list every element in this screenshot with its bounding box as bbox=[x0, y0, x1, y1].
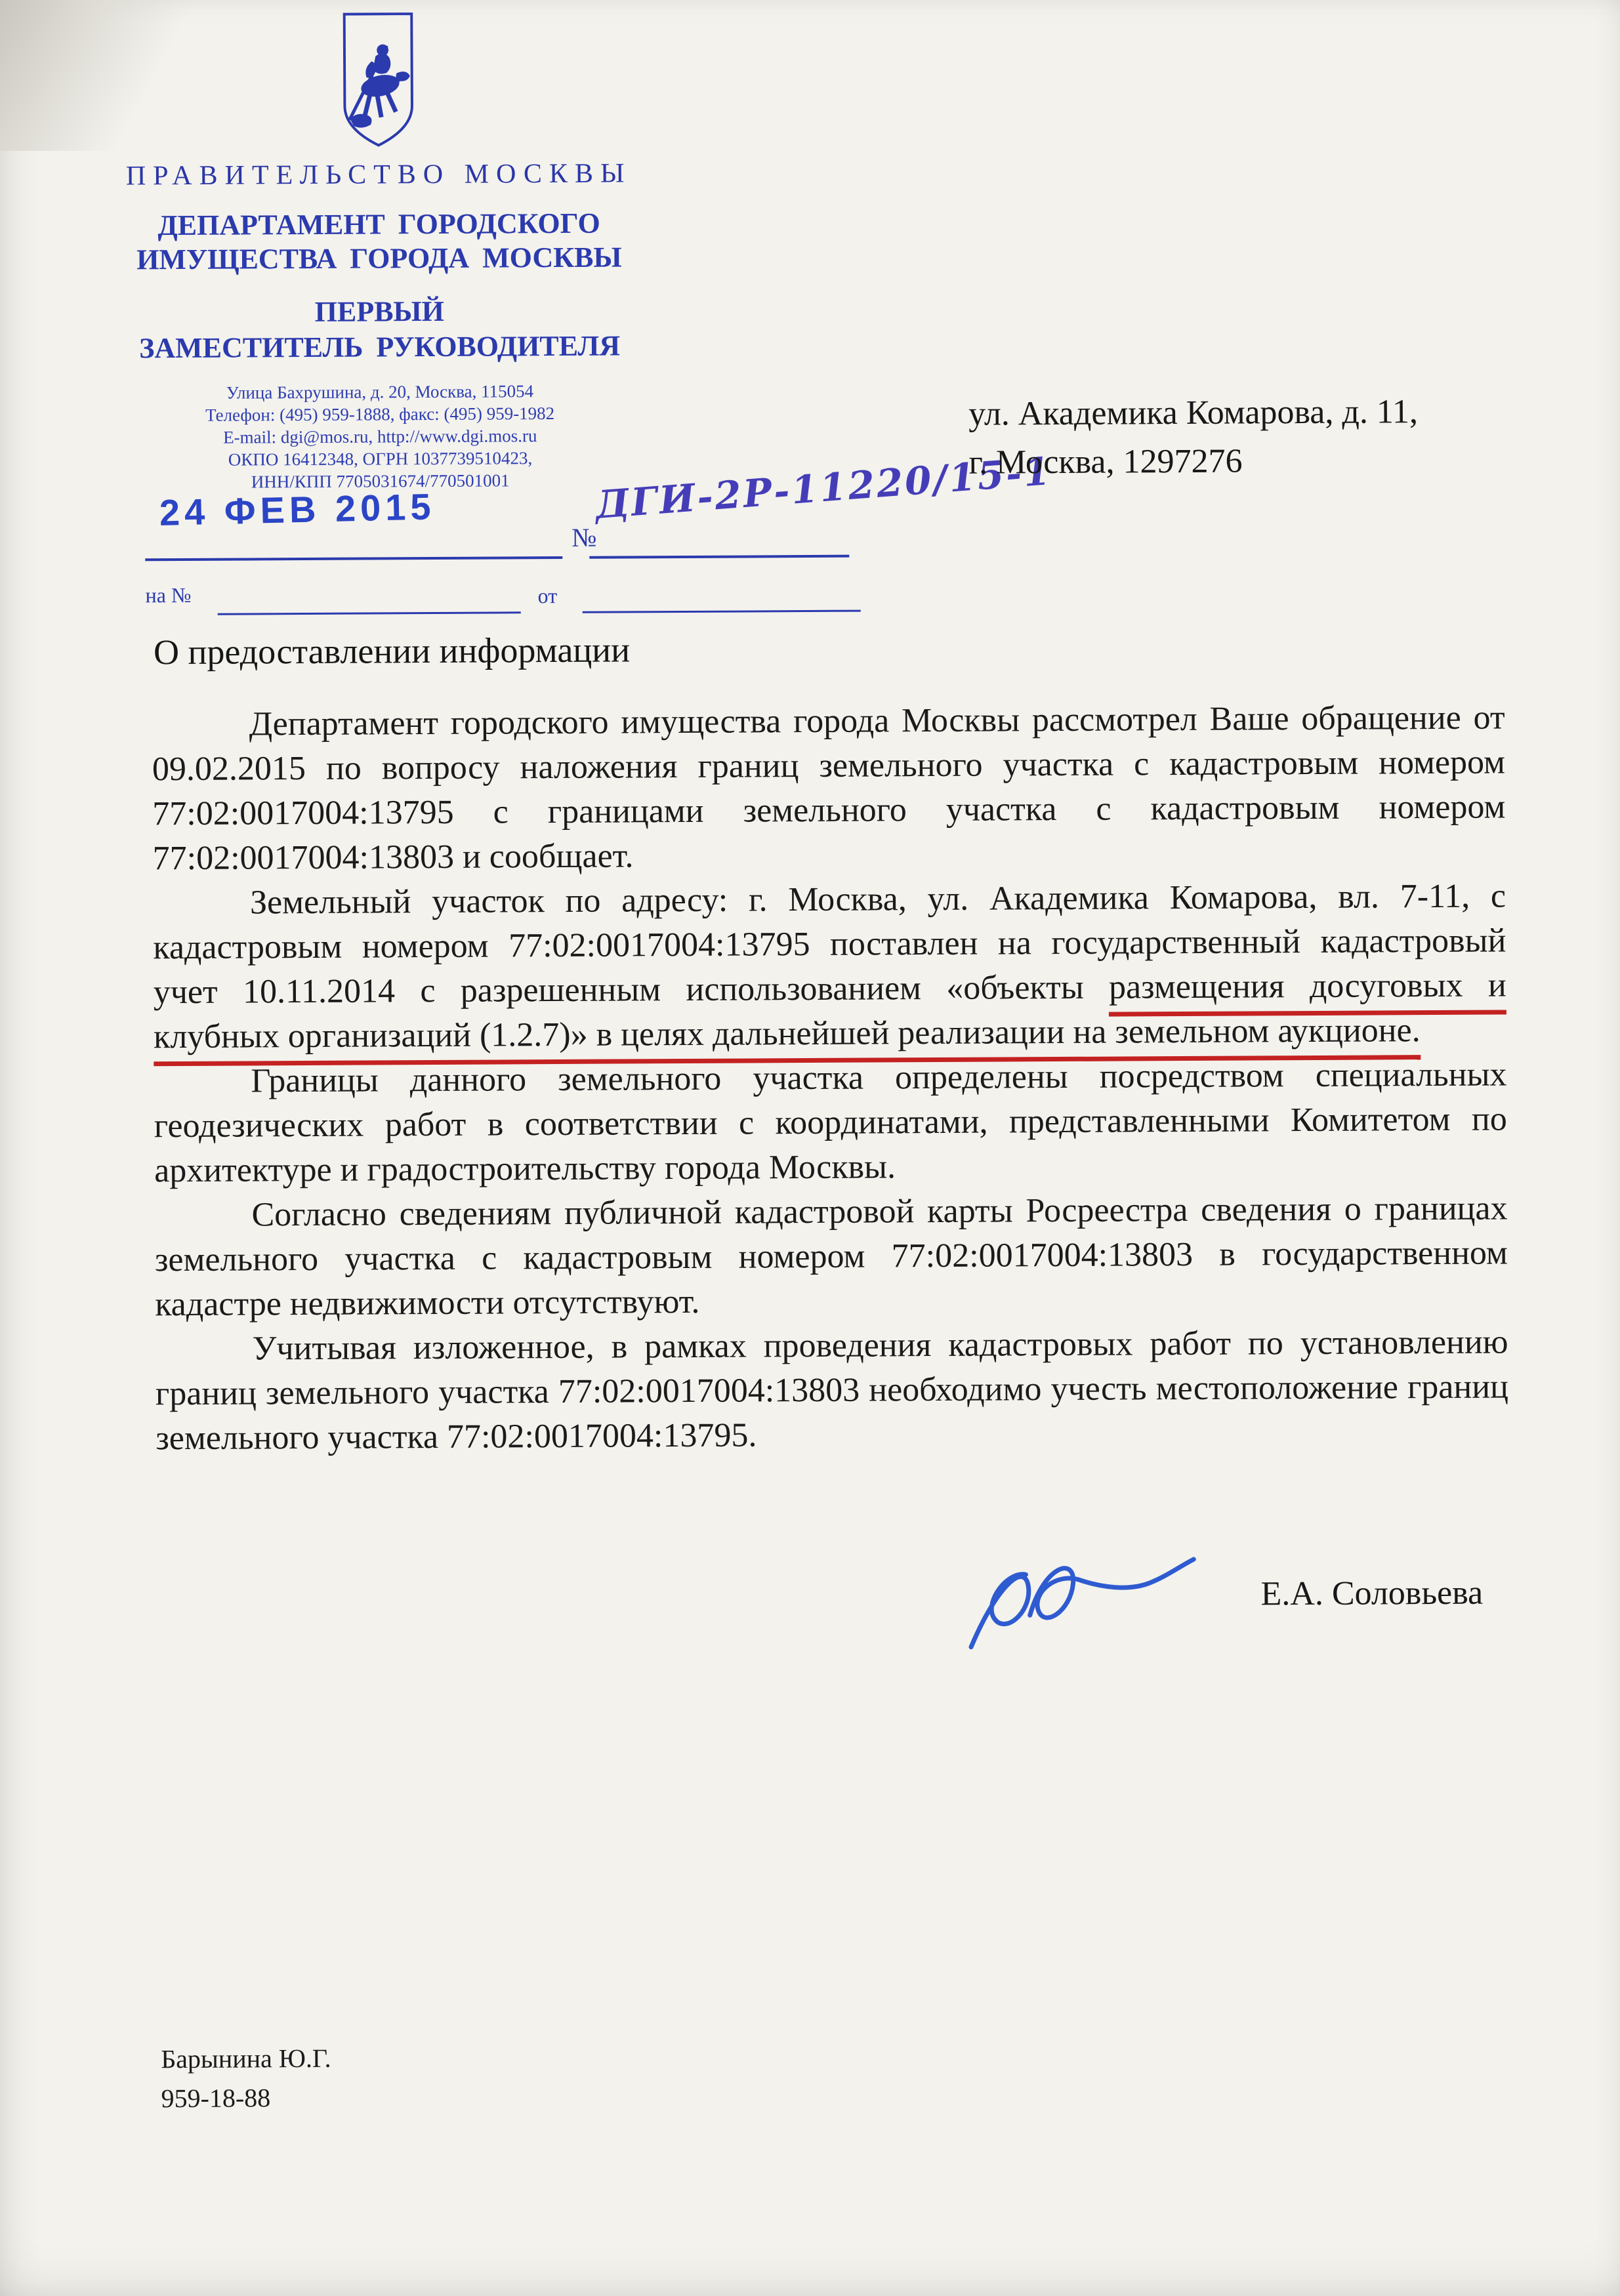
reply-to-number-label: на № bbox=[145, 583, 191, 607]
org-phone-fax: Телефон: (495) 959-1888, факс: (495) 959… bbox=[73, 401, 686, 427]
signer-name: Е.А. Соловьева bbox=[1260, 1574, 1483, 1614]
org-street-address: Улица Бахрушина, д. 20, Москва, 115054 bbox=[73, 379, 686, 405]
signer-position-line2: ЗАМЕСТИТЕЛЬ РУКОВОДИТЕЛЯ bbox=[73, 328, 686, 367]
department-title: ДЕПАРТАМЕНТ ГОРОДСКОГО ИМУЩЕСТВА ГОРОДА … bbox=[72, 206, 686, 277]
signer-position-line1: ПЕРВЫЙ bbox=[73, 293, 686, 331]
date-blank-line bbox=[145, 556, 562, 561]
letter-content: ПРАВИТЕЛЬСТВО МОСКВЫ ДЕПАРТАМЕНТ ГОРОДСК… bbox=[0, 0, 1620, 2296]
moscow-coat-of-arms-icon bbox=[338, 10, 419, 150]
scanned-letter-page: ПРАВИТЕЛЬСТВО МОСКВЫ ДЕПАРТАМЕНТ ГОРОДСК… bbox=[0, 0, 1620, 2296]
body-paragraph-4: Согласно сведениям публичной кадастровой… bbox=[154, 1186, 1508, 1327]
letter-body: Департамент городского имущества города … bbox=[152, 695, 1508, 1461]
org-email-site: E-mail: dgi@mos.ru, http://www.dgi.mos.r… bbox=[73, 424, 686, 449]
department-title-line1: ДЕПАРТАМЕНТ ГОРОДСКОГО bbox=[72, 206, 685, 243]
recipient-address-block: ул. Академика Комарова, д. 11, г. Москва… bbox=[968, 387, 1586, 487]
signer-position: ПЕРВЫЙ ЗАМЕСТИТЕЛЬ РУКОВОДИТЕЛЯ bbox=[73, 293, 686, 367]
org-contact-block: Улица Бахрушина, д. 20, Москва, 115054 Т… bbox=[73, 379, 687, 494]
body-paragraph-3: Границы данного земельного участка опред… bbox=[154, 1052, 1507, 1193]
body-paragraph-5: Учитывая изложенное, в рамках проведения… bbox=[155, 1320, 1508, 1461]
executor-phone: 959-18-88 bbox=[161, 2078, 331, 2118]
recipient-street: ул. Академика Комарова, д. 11, bbox=[968, 387, 1585, 439]
date-stamp: 24 ФЕВ 2015 bbox=[159, 485, 436, 534]
body-paragraph-1: Департамент городского имущества города … bbox=[152, 695, 1505, 881]
letterhead: ПРАВИТЕЛЬСТВО МОСКВЫ ДЕПАРТАМЕНТ ГОРОДСК… bbox=[72, 9, 687, 494]
number-blank-line bbox=[589, 555, 849, 559]
letter-subject: О предоставлении информации bbox=[154, 629, 630, 672]
body-paragraph-2: Земельный участок по адресу: г. Москва, … bbox=[153, 874, 1506, 1059]
department-title-line2: ИМУЩЕСТВА ГОРОДА МОСКВЫ bbox=[73, 240, 686, 277]
from-date-label: от bbox=[537, 584, 557, 608]
recipient-city-zip: г. Москва, 1297276 bbox=[968, 436, 1585, 487]
number-sign-label: № bbox=[571, 522, 596, 553]
government-title: ПРАВИТЕЛЬСТВО МОСКВЫ bbox=[72, 157, 685, 192]
reply-number-blank-line bbox=[218, 611, 521, 615]
org-okpo-ogrn: ОКПО 16412348, ОГРН 1037739510423, bbox=[73, 446, 686, 472]
signature-scribble bbox=[952, 1536, 1215, 1668]
executor-block: Барынина Ю.Г. 959-18-88 bbox=[161, 2039, 331, 2118]
executor-name: Барынина Ю.Г. bbox=[161, 2039, 331, 2079]
from-date-blank-line bbox=[583, 610, 861, 613]
